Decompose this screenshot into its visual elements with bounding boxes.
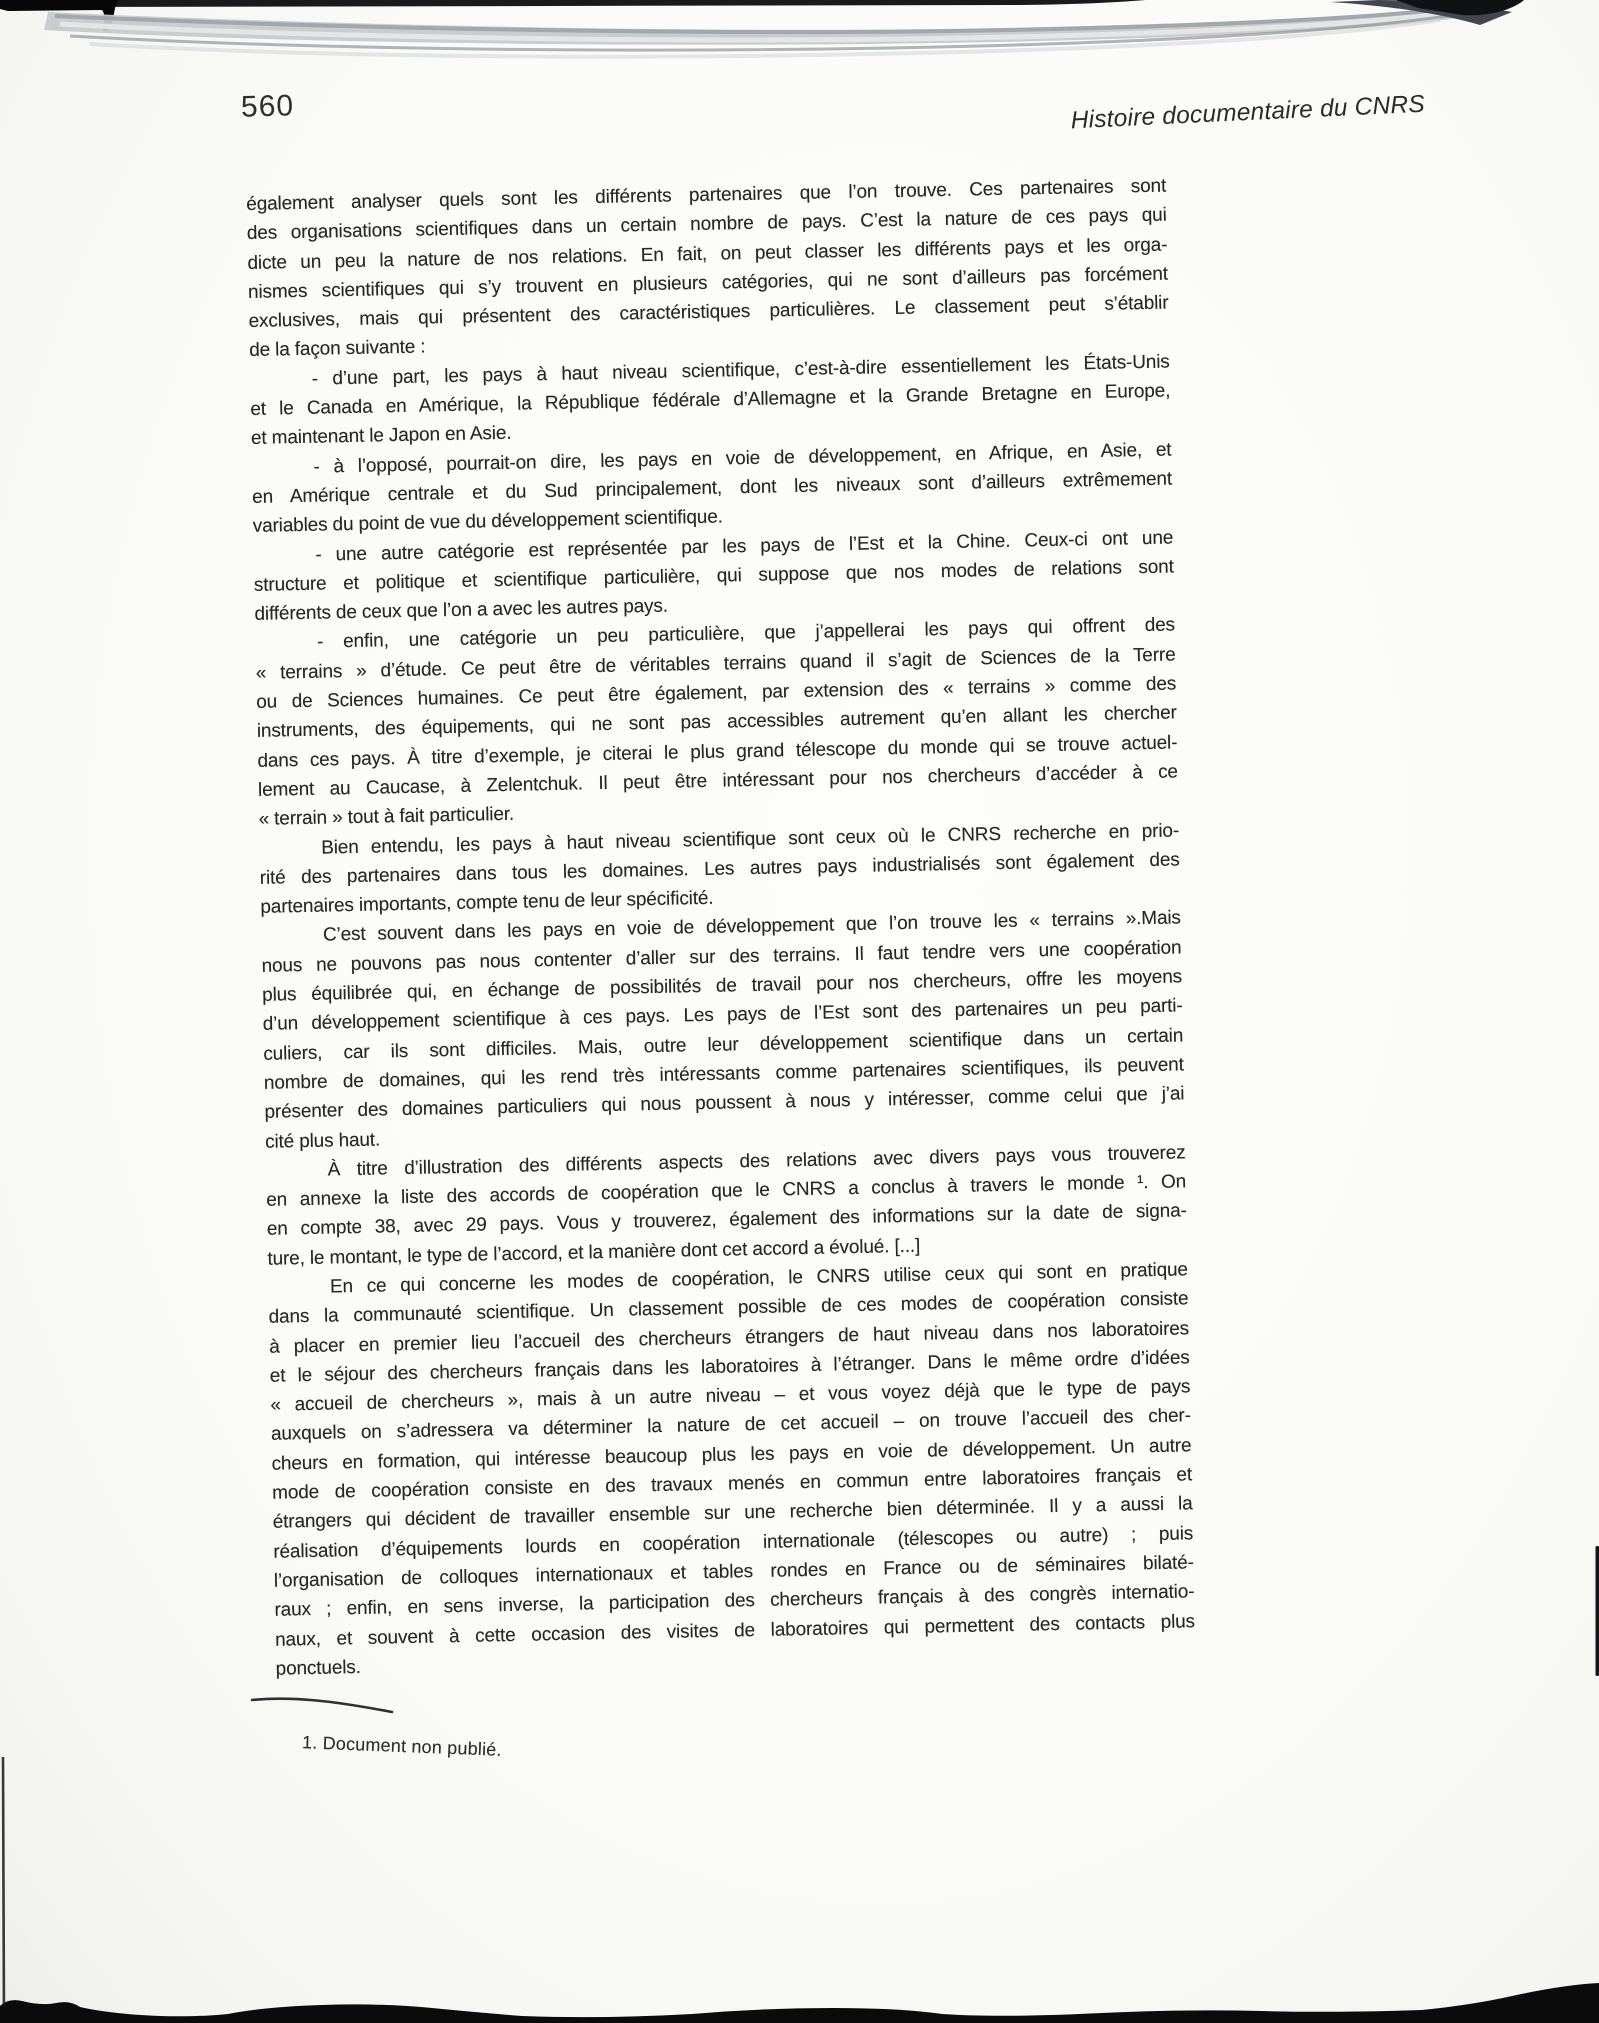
page-number: 560: [241, 89, 295, 124]
footnote-text: 1. Document non publié.: [302, 1732, 502, 1761]
footnote-rule: [252, 1699, 392, 1712]
running-header: Histoire documentaire du CNRS: [1030, 91, 1426, 138]
scanned-book-page: 560 Histoire documentaire du CNRS égalem…: [0, 0, 1599, 2023]
scan-artifact-page-edge-line-1: [55, 7, 1465, 32]
scan-artifact-right-edge-sliver: [1596, 1546, 1599, 1676]
scan-artifact-page-edges-band: [44, 5, 1472, 45]
scan-artifact-top-strip: [0, 0, 1145, 7]
scan-artifact-bottom-band: [0, 1983, 1599, 2023]
scan-artifact-page-edge-line-2: [60, 11, 1462, 40]
scan-artifact-left-edge-line: [3, 1757, 4, 2023]
scan-artifact-page-edge-line-3: [70, 15, 1455, 50]
page-body-text: également analyser quels sont les différ…: [246, 172, 1196, 1684]
scan-artifact-topright-blob: [1396, 0, 1524, 15]
scan-artifact-page-edge-line-4: [90, 20, 1440, 57]
scan-artifact-topleft-bar: [0, 0, 118, 31]
scan-artifact-bottomleft-blob: [0, 2004, 22, 2023]
scan-artifact-topright-wedge: [1330, 0, 1512, 25]
